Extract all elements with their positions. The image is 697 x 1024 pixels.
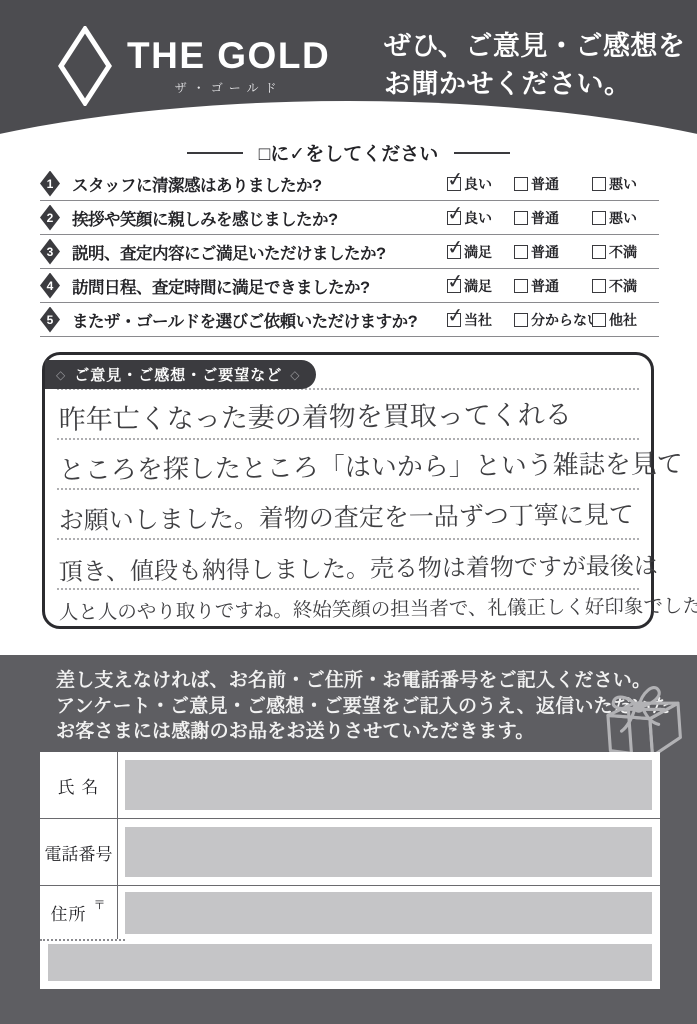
table-divider-horizontal (40, 818, 660, 819)
option: ✓ 当社 (447, 310, 514, 330)
brand: THE GOLD ザ・ゴールド (58, 26, 330, 106)
brand-subtitle: ザ・ゴールド (175, 79, 283, 96)
tagline-line-1: ぜひ、ご意見・ご感想を (384, 27, 685, 65)
option: ✓ 悪い (592, 208, 659, 228)
option-checkbox[interactable]: ✓ (592, 177, 606, 191)
option-label: 普通 (531, 208, 559, 228)
option: ✓ 満足 (447, 276, 514, 296)
option: ✓ 良い (447, 208, 514, 228)
postal-mark-icon: 〒 (93, 896, 106, 913)
question-number: 1 (47, 177, 54, 191)
option-label: 満足 (464, 242, 492, 262)
option-label: 不満 (609, 276, 637, 296)
address-input[interactable] (125, 892, 652, 934)
diamond-outline-icon: ◇ (56, 368, 66, 382)
option-label: 他社 (609, 310, 637, 330)
options-group: ✓ 当社 ✓ 分からない ✓ 他社 (447, 310, 659, 330)
option: ✓ 他社 (592, 310, 659, 330)
phone-field-label: 電話番号 (40, 819, 117, 885)
handwritten-line: 昨年亡くなった妻の着物を買取ってくれる (59, 393, 572, 437)
option-checkbox[interactable]: ✓ (447, 245, 461, 259)
gift-icon (585, 655, 696, 768)
survey-card: THE GOLD ザ・ゴールド ぜひ、ご意見・ご感想を お聞かせください。 □に… (0, 0, 697, 1024)
question-text: またザ・ゴールドを選びご依頼いただけますか? (72, 308, 447, 332)
address-label-dotted-line (40, 939, 125, 941)
check-icon: ✓ (446, 268, 465, 295)
brand-name: THE GOLD (127, 36, 330, 76)
tagline-line-2: お聞かせください。 (384, 65, 685, 103)
comments-box: ◇ ご意見・ご感想・ご要望など ◇ 昨年亡くなった妻の着物を買取ってくれる とこ… (42, 352, 654, 629)
question-row-5: 5 またザ・ゴールドを選びご依頼いただけますか? ✓ 当社 ✓ 分からない ✓ … (40, 303, 659, 337)
question-list: 1 スタッフに清潔感はありましたか? ✓ 良い ✓ 普通 ✓ 悪い 2 挨拶や笑… (40, 167, 659, 337)
option-checkbox[interactable]: ✓ (592, 245, 606, 259)
brand-diamond-icon (58, 26, 112, 106)
instruction-text: □に✓をしてください (259, 139, 438, 166)
instruction-dash-left (187, 152, 243, 154)
option-label: 当社 (464, 310, 492, 330)
question-row-1: 1 スタッフに清潔感はありましたか? ✓ 良い ✓ 普通 ✓ 悪い (40, 167, 659, 201)
handwritten-line: 人と人のやり取りですね。終始笑顔の担当者で、礼儀正しく好印象でした。 (59, 590, 697, 625)
option-label: 良い (464, 174, 492, 194)
question-number: 2 (47, 211, 54, 225)
instruction-dash-right (454, 152, 510, 154)
comments-label-pill: ◇ ご意見・ご感想・ご要望など ◇ (45, 360, 316, 389)
option: ✓ 悪い (592, 174, 659, 194)
question-number-badge: 3 (40, 239, 60, 265)
question-number: 4 (47, 279, 54, 293)
question-row-4: 4 訪問日程、査定時間に満足できましたか? ✓ 満足 ✓ 普通 ✓ 不満 (40, 269, 659, 303)
ruled-line: 人と人のやり取りですね。終始笑顔の担当者で、礼儀正しく好印象でした。 (57, 590, 639, 630)
option-checkbox[interactable]: ✓ (514, 177, 528, 191)
ruled-line: ところを探したところ「はいから」という雑誌を見て (57, 440, 639, 490)
diamond-outline-icon: ◇ (290, 368, 300, 382)
contact-form-table: 氏 名 電話番号 住所 〒 (40, 752, 660, 989)
ruled-line: 頂き、値段も納得しました。売る物は着物ですが最後は (57, 540, 639, 590)
survey-instruction: □に✓をしてください (0, 139, 697, 166)
check-icon: ✓ (446, 234, 465, 261)
question-number-badge: 5 (40, 307, 60, 333)
question-text: 説明、査定内容にご満足いただけましたか? (72, 240, 447, 264)
option-checkbox[interactable]: ✓ (447, 279, 461, 293)
address-field-label: 住所 〒 (40, 886, 117, 939)
question-number: 5 (47, 313, 54, 327)
option: ✓ 普通 (514, 242, 592, 262)
option-label: 満足 (464, 276, 492, 296)
footer-intro-line-2: アンケート・ご意見・ご感想・ご要望をご記入のうえ、返信いただいた (56, 694, 601, 720)
header-tagline: ぜひ、ご意見・ご感想を お聞かせください。 (384, 27, 685, 103)
options-group: ✓ 満足 ✓ 普通 ✓ 不満 (447, 242, 659, 262)
option-checkbox[interactable]: ✓ (514, 313, 528, 327)
option-checkbox[interactable]: ✓ (514, 279, 528, 293)
option: ✓ 満足 (447, 242, 514, 262)
handwritten-line: 頂き、値段も納得しました。売る物は着物ですが最後は (59, 546, 658, 587)
address-extra-input[interactable] (48, 944, 652, 981)
option-checkbox[interactable]: ✓ (592, 211, 606, 225)
option-label: 不満 (609, 242, 637, 262)
option-checkbox[interactable]: ✓ (447, 177, 461, 191)
option: ✓ 普通 (514, 276, 592, 296)
option-label: 悪い (609, 174, 637, 194)
check-icon: ✓ (446, 200, 465, 227)
option-checkbox[interactable]: ✓ (514, 211, 528, 225)
option-label: 分からない (531, 310, 601, 330)
footer-intro-line-3: お客さまには感謝のお品をお送りさせていただきます。 (56, 719, 601, 745)
option-checkbox[interactable]: ✓ (447, 211, 461, 225)
option-checkbox[interactable]: ✓ (514, 245, 528, 259)
check-icon: ✓ (446, 302, 465, 329)
ruled-line: お願いしました。着物の査定を一品ずつ丁寧に見て (57, 490, 639, 540)
options-group: ✓ 良い ✓ 普通 ✓ 悪い (447, 208, 659, 228)
option: ✓ 不満 (592, 242, 659, 262)
option: ✓ 普通 (514, 208, 592, 228)
option-checkbox[interactable]: ✓ (592, 279, 606, 293)
options-group: ✓ 満足 ✓ 普通 ✓ 不満 (447, 276, 659, 296)
handwritten-line: ところを探したところ「はいから」という雑誌を見て (59, 443, 683, 487)
option: ✓ 普通 (514, 174, 592, 194)
ruled-line: 昨年亡くなった妻の着物を買取ってくれる (57, 390, 639, 440)
option: ✓ 分からない (514, 310, 592, 330)
option: ✓ 良い (447, 174, 514, 194)
handwritten-line: お願いしました。着物の査定を一品ずつ丁寧に見て (59, 495, 634, 537)
question-number-badge: 2 (40, 205, 60, 231)
option: ✓ 不満 (592, 276, 659, 296)
handwriting-area[interactable]: 昨年亡くなった妻の着物を買取ってくれる ところを探したところ「はいから」という雑… (45, 355, 651, 626)
header: THE GOLD ザ・ゴールド ぜひ、ご意見・ご感想を お聞かせください。 (0, 0, 697, 142)
question-text: 挨拶や笑顔に親しみを感じましたか? (72, 206, 447, 230)
option-label: 普通 (531, 276, 559, 296)
option-checkbox[interactable]: ✓ (447, 313, 461, 327)
address-label-text: 住所 (50, 900, 86, 925)
footer-intro-line-1: 差し支えなければ、お名前・ご住所・お電話番号をご記入ください。 (56, 668, 601, 694)
comments-label: ご意見・ご感想・ご要望など (74, 364, 282, 385)
check-icon: ✓ (446, 166, 465, 193)
question-number-badge: 1 (40, 171, 60, 197)
question-text: 訪問日程、査定時間に満足できましたか? (72, 274, 447, 298)
question-number: 3 (47, 245, 54, 259)
footer: 差し支えなければ、お名前・ご住所・お電話番号をご記入ください。 アンケート・ご意… (0, 655, 697, 1024)
option-checkbox[interactable]: ✓ (592, 313, 606, 327)
header-curve-decoration (0, 101, 697, 142)
option-label: 悪い (609, 208, 637, 228)
footer-intro: 差し支えなければ、お名前・ご住所・お電話番号をご記入ください。 アンケート・ご意… (56, 668, 601, 745)
brand-text: THE GOLD ザ・ゴールド (127, 36, 330, 96)
options-group: ✓ 良い ✓ 普通 ✓ 悪い (447, 174, 659, 194)
table-divider-vertical (117, 752, 118, 939)
question-text: スタッフに清潔感はありましたか? (72, 172, 447, 196)
question-number-badge: 4 (40, 273, 60, 299)
option-label: 普通 (531, 174, 559, 194)
name-field-label: 氏 名 (40, 752, 117, 818)
option-label: 普通 (531, 242, 559, 262)
table-divider-horizontal (40, 885, 660, 886)
option-label: 良い (464, 208, 492, 228)
question-row-3: 3 説明、査定内容にご満足いただけましたか? ✓ 満足 ✓ 普通 ✓ 不満 (40, 235, 659, 269)
name-input[interactable] (125, 760, 652, 810)
phone-input[interactable] (125, 827, 652, 877)
question-row-2: 2 挨拶や笑顔に親しみを感じましたか? ✓ 良い ✓ 普通 ✓ 悪い (40, 201, 659, 235)
